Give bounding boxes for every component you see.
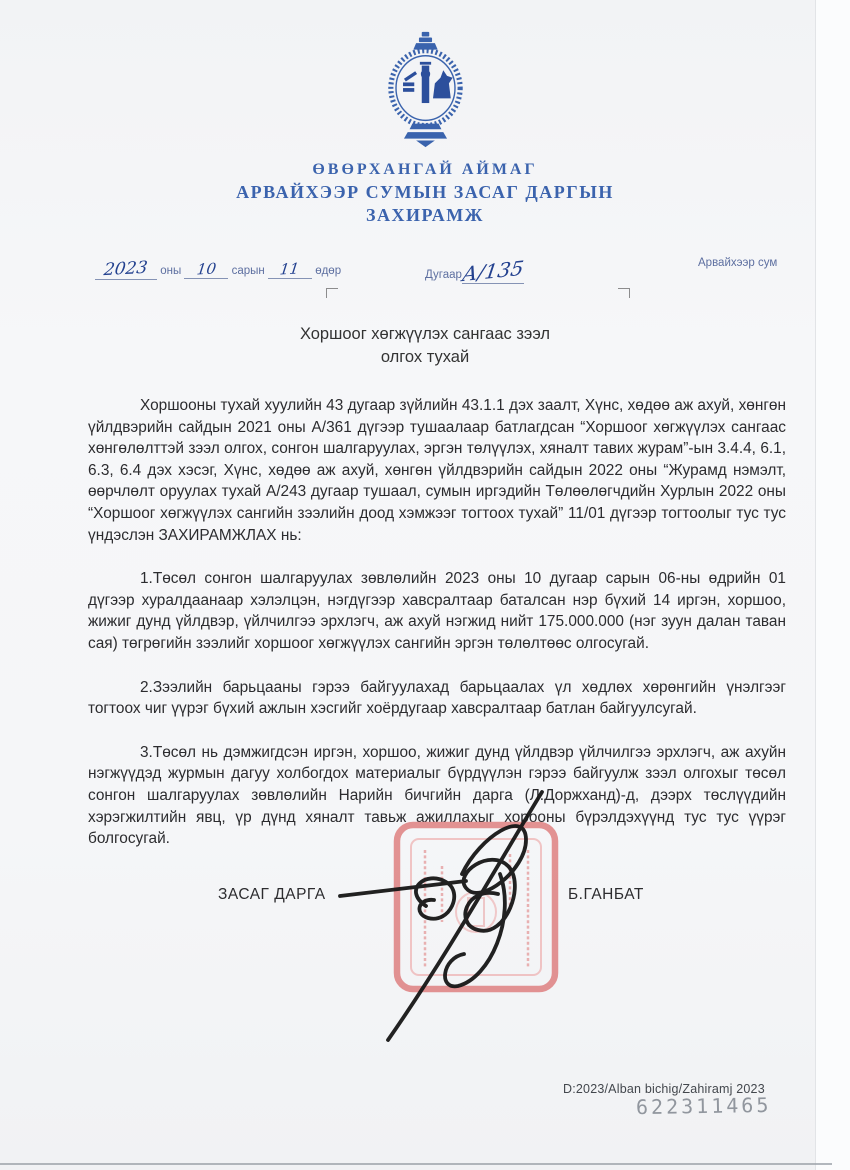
month-label: сарын: [232, 265, 265, 277]
decree-title-line2: олгох тухай: [0, 346, 850, 369]
decree-item-2: 2.Зээлийн барьцааны гэрээ байгуулахад ба…: [88, 677, 786, 720]
number-blank: А/135: [462, 259, 524, 284]
day-label: өдөр: [315, 265, 341, 277]
decree-title: Хоршоог хөгжүүлэх сангаас зээл олгох тух…: [0, 323, 850, 369]
signer-title: ЗАСАГ ДАРГА: [218, 886, 326, 904]
year-blank: 2023: [95, 259, 157, 280]
preamble-paragraph: Хоршооны тухай хуулийн 43 дугаар зүйлийн…: [88, 395, 786, 546]
day-blank: 11: [268, 260, 312, 279]
corner-mark-right: [618, 288, 630, 298]
scanned-decree-page: ӨВӨРХАНГАЙ АЙМАГ АРВАЙХЭЭР СУМЫН ЗАСАГ Д…: [0, 0, 850, 1170]
decree-title-line1: Хоршоог хөгжүүлэх сангаас зээл: [0, 323, 850, 346]
soyombo-horse-emblem-icon: [378, 30, 473, 148]
office-name-line1: АРВАЙХЭЭР СУМЫН ЗАСАГ ДАРГЫН: [0, 181, 850, 204]
month-blank: 10: [184, 260, 228, 279]
date-fields: 2023 оны 10 сарын 11 өдөр: [95, 259, 341, 280]
year-label: оны: [160, 265, 181, 277]
number-label: Дугаар: [425, 269, 462, 281]
serial-number-stamp: 622311465: [636, 1093, 772, 1119]
dateline: 2023 оны 10 сарын 11 өдөр ДугаарА/135 Ар…: [0, 243, 850, 289]
year-handwritten: 2023: [103, 258, 149, 280]
signer-name: Б.ГАНБАТ: [568, 886, 644, 904]
month-handwritten: 10: [196, 260, 217, 279]
aimag-name: ӨВӨРХАНГАЙ АЙМАГ: [0, 161, 850, 179]
decree-item-1: 1.Төсөл сонгон шалгаруулах зөвлөлийн 202…: [88, 568, 786, 654]
office-name-line2: ЗАХИРАМЖ: [0, 204, 850, 227]
number-field: ДугаарА/135: [425, 259, 524, 284]
governor-ink-signature-icon: [330, 778, 570, 1048]
paper-right-edge: [815, 0, 850, 1170]
document-header: ӨВӨРХАНГАЙ АЙМАГ АРВАЙХЭЭР СУМЫН ЗАСАГ Д…: [0, 0, 850, 227]
day-handwritten: 11: [279, 260, 300, 279]
corner-mark-left: [326, 288, 338, 298]
place-name: Арвайхээр сум: [698, 257, 777, 269]
number-handwritten: А/135: [461, 256, 526, 286]
scanner-bottom-edge: [0, 1163, 832, 1165]
